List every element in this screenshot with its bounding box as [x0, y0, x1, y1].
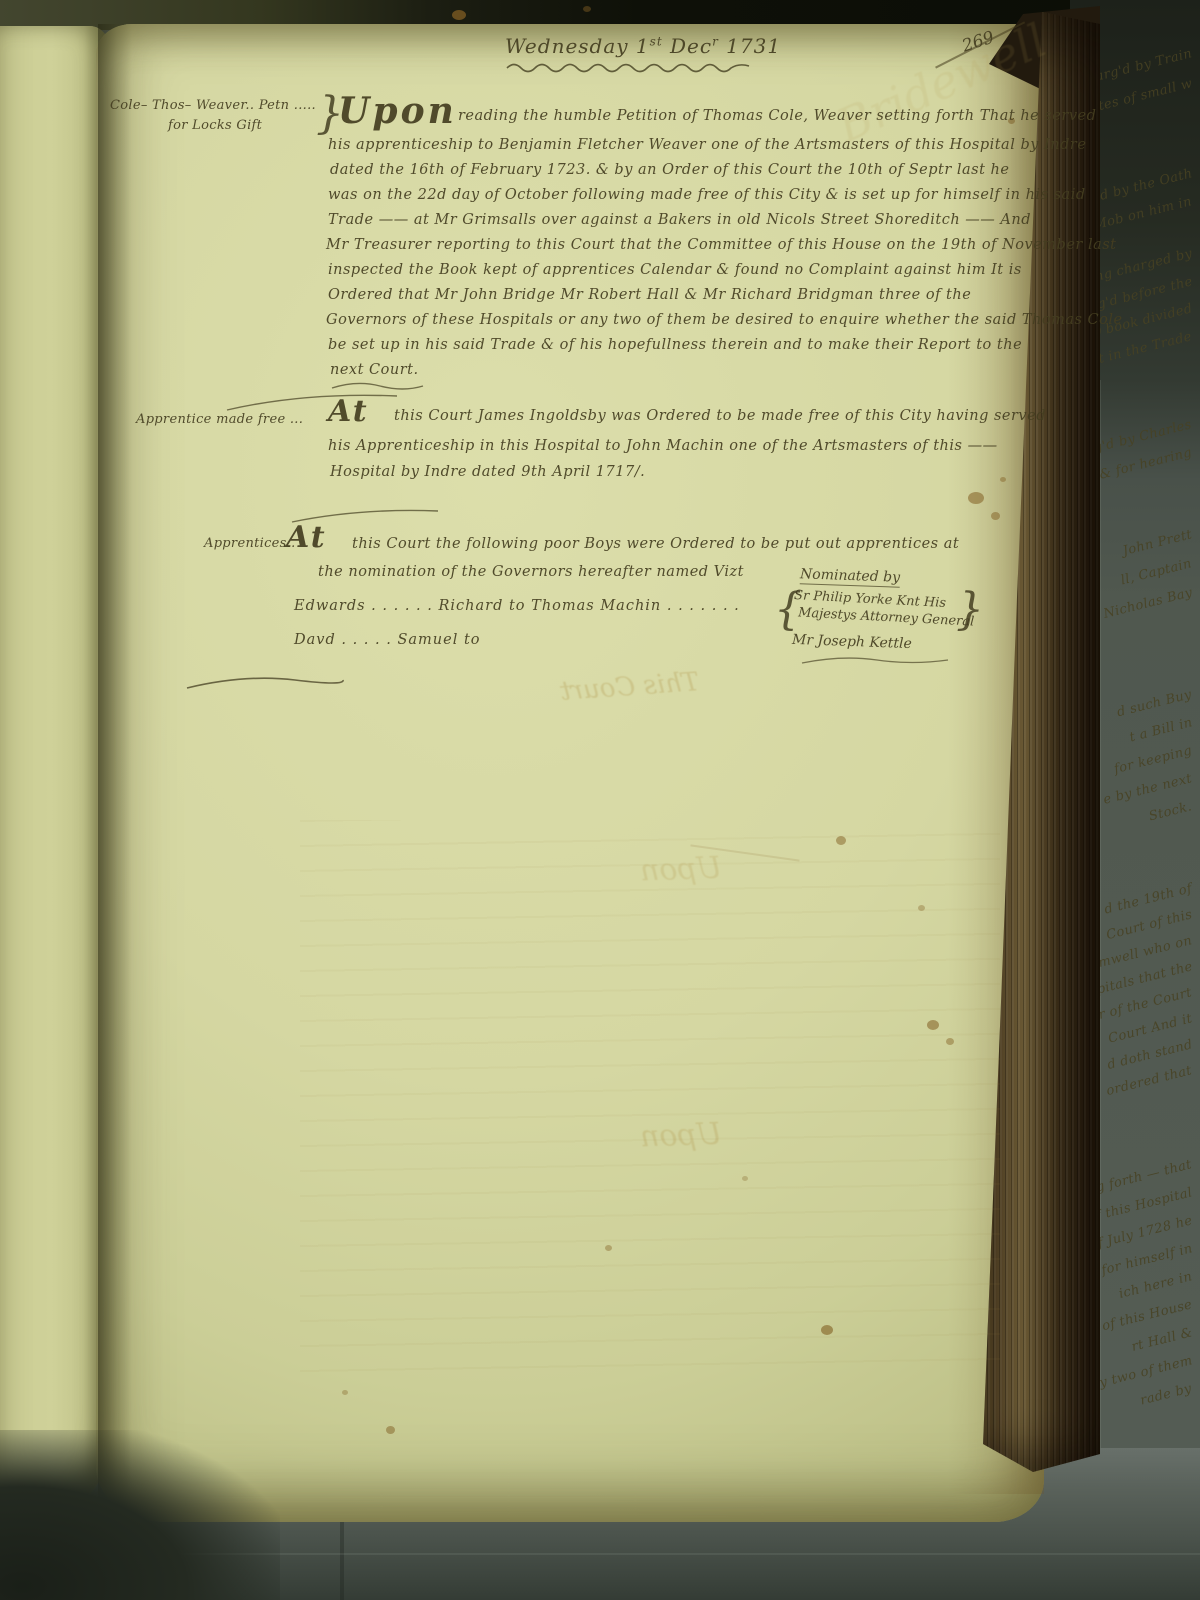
body-line: this Court James Ingoldsby was Ordered t…: [394, 408, 1046, 424]
foxing-spot: [836, 836, 846, 845]
foxing-spot: [742, 1176, 748, 1181]
margin-note: Cole– Thos– Weaver.. Petn .....: [110, 98, 316, 113]
date-heading-text: Wednesday 1: [505, 34, 650, 58]
foxing-spot: [386, 1426, 395, 1434]
margin-note: Apprentice made free ...: [136, 412, 303, 427]
foxing-spot: [968, 492, 984, 504]
foxing-spot: [605, 1245, 612, 1251]
body-line: his apprenticeship to Benjamin Fletcher …: [328, 137, 1086, 153]
foxing-spot: [342, 1390, 348, 1395]
foxing-spot: [1000, 477, 1006, 482]
body-line: Trade —— at Mr Grimsalls over against a …: [328, 212, 1031, 228]
opening-word: At: [328, 394, 369, 429]
apprentice-row: Edwards . . . . . . Richard to Thomas Ma…: [294, 598, 740, 614]
book-shadow: [0, 1430, 280, 1600]
show-through-lines: [300, 820, 1000, 1380]
foxing-spot: [991, 512, 1000, 520]
body-line: the nomination of the Governors hereafte…: [318, 564, 744, 580]
nomination-brace-close: }: [956, 584, 984, 635]
apprentice-row: Davd . . . . . Samuel to: [294, 632, 481, 648]
body-line: Hospital by Indre dated 9th April 1717/.: [330, 464, 645, 480]
margin-note: for Locks Gift: [168, 118, 262, 133]
body-line: his Apprenticeship in this Hospital to J…: [328, 438, 998, 454]
foxing-spot: [946, 1038, 954, 1045]
foxing-spot: [583, 6, 591, 12]
body-line: was on the 22d day of October following …: [328, 187, 1086, 203]
nomination-title: Nominated by: [800, 566, 901, 587]
margin-note: Apprentices..: [204, 536, 296, 551]
body-line: dated the 16th of February 1723. & by an…: [330, 162, 1009, 178]
opening-word: Upon: [338, 90, 457, 132]
body-line: next Court.: [330, 362, 419, 378]
date-heading: Wednesday 1st Decr 1731: [505, 34, 781, 58]
body-line: reading the humble Petition of Thomas Co…: [458, 108, 1096, 124]
foxing-spot: [821, 1325, 833, 1335]
ink-show-through: Upon: [639, 851, 722, 889]
body-line: Governors of these Hospitals or any two …: [326, 312, 1123, 328]
body-line: Ordered that Mr John Bridge Mr Robert Ha…: [328, 287, 971, 303]
date-superscript: r: [712, 34, 719, 48]
body-line: Mr Treasurer reporting to this Court tha…: [326, 237, 1117, 253]
name-underline-flourish: [800, 656, 950, 666]
foxing-spot: [452, 10, 466, 20]
gutter-shadow: [98, 24, 132, 1520]
header-underline-flourish: [505, 60, 755, 74]
date-heading-text: Dec: [663, 34, 712, 58]
margin-flourish: [225, 390, 400, 412]
body-line: inspected the Book kept of apprentices C…: [328, 262, 1022, 278]
date-superscript: st: [650, 34, 663, 48]
manuscript-photo: arg'd by Train Plates of small w arg'd b…: [0, 0, 1200, 1600]
body-line: be set up in his said Trade & of his hop…: [328, 337, 1022, 353]
foxing-spot: [918, 905, 925, 911]
ink-show-through: Upon: [639, 1117, 722, 1155]
date-heading-text: 1731: [719, 34, 781, 58]
foxing-spot: [927, 1020, 939, 1030]
opening-word: At: [286, 520, 327, 555]
body-line: this Court the following poor Boys were …: [352, 536, 959, 552]
closing-swash: [185, 672, 345, 692]
